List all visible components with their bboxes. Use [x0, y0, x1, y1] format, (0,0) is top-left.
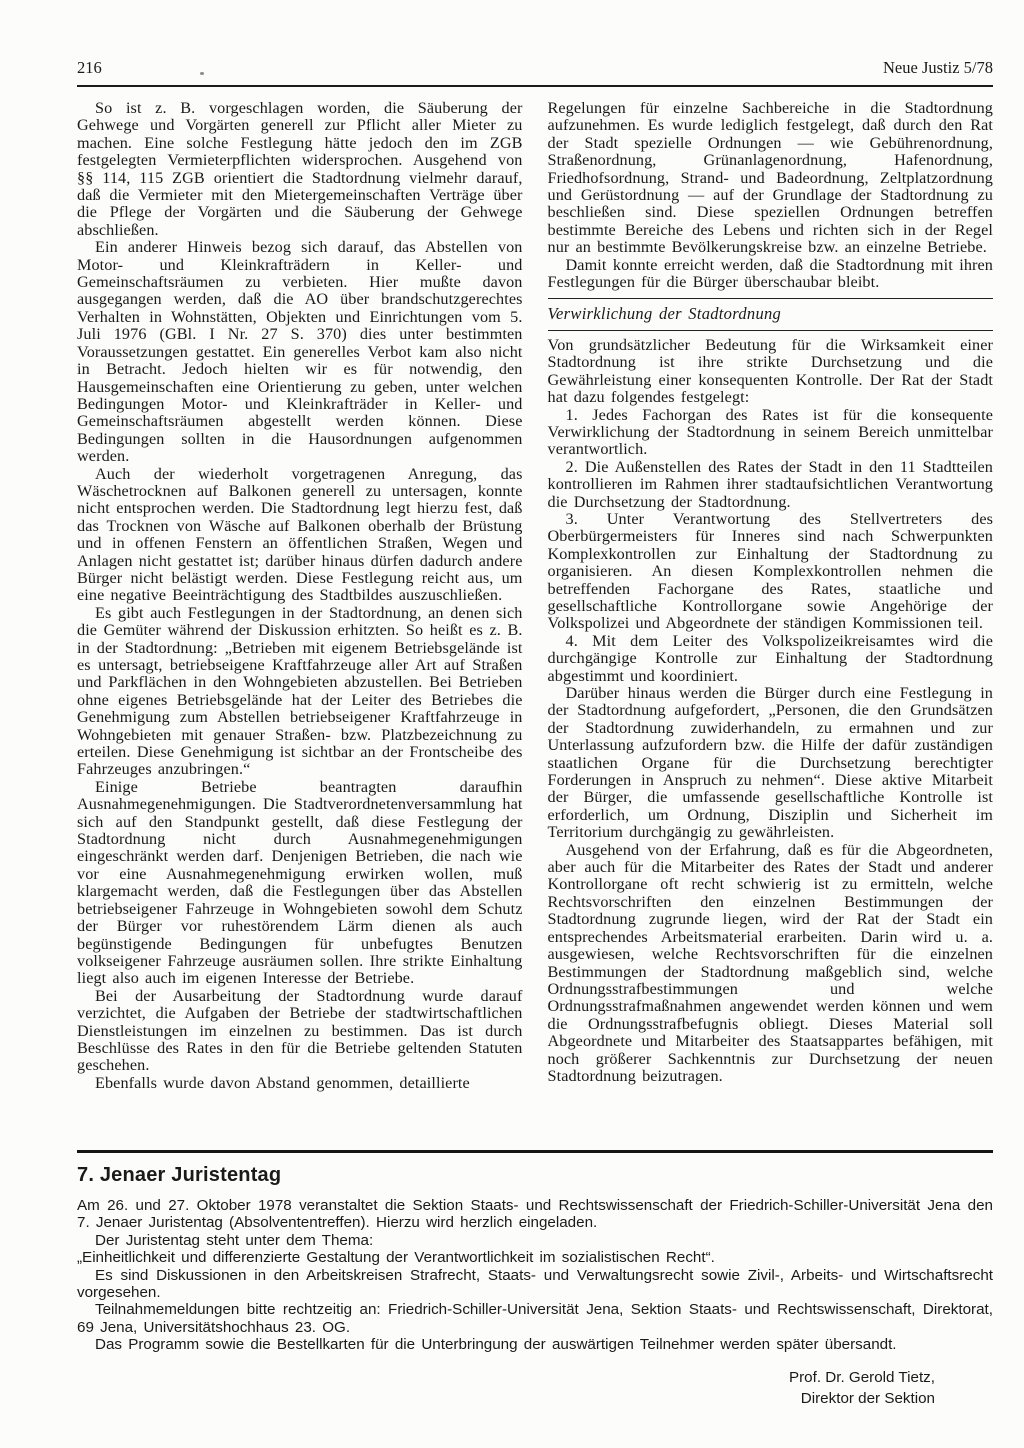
paragraph: 3. Unter Verantwortung des Stellvertrete… [548, 511, 994, 633]
paragraph: Es gibt auch Festlegungen in der Stadtor… [77, 605, 523, 779]
section-divider [548, 330, 994, 331]
paragraph: Teilnahmemeldungen bitte rechtzeitig an:… [77, 1301, 993, 1336]
signature-block: Prof. Dr. Gerold Tietz, Direktor der Sek… [77, 1367, 993, 1409]
subsection-heading: Verwirklichung der Stadtordnung [548, 305, 994, 322]
announcement-body: Am 26. und 27. Oktober 1978 veranstaltet… [77, 1197, 993, 1354]
journal-page: 216 Neue Justiz 5/78 So ist z. B. vorges… [0, 0, 1024, 1448]
signature-name: Prof. Dr. Gerold Tietz, [77, 1367, 935, 1388]
paragraph: Einige Betriebe beantragten daraufhin Au… [77, 779, 523, 988]
signature-title: Direktor der Sektion [77, 1388, 935, 1409]
two-column-body: So ist z. B. vorgeschlagen worden, die S… [77, 100, 993, 1142]
page-number: 216 [77, 58, 102, 78]
page-content: 216 Neue Justiz 5/78 So ist z. B. vorges… [77, 58, 993, 1409]
paragraph: 2. Die Außenstellen des Rates der Stadt … [548, 459, 994, 511]
paragraph: Ebenfalls wurde davon Abstand genommen, … [77, 1075, 523, 1092]
left-column: So ist z. B. vorgeschlagen worden, die S… [77, 100, 523, 1142]
right-column: Regelungen für einzelne Sachbereiche in … [548, 100, 994, 1142]
paragraph: Ein anderer Hinweis bezog sich darauf, d… [77, 239, 523, 465]
paragraph: Auch der wiederholt vorgetragenen Anregu… [77, 466, 523, 605]
paragraph: „Einheitlichkeit und differenzierte Gest… [77, 1249, 993, 1266]
paragraph: Damit konnte erreicht werden, daß die St… [548, 257, 994, 292]
paragraph: Ausgehend von der Erfahrung, daß es für … [548, 842, 994, 1086]
paragraph: Am 26. und 27. Oktober 1978 veranstaltet… [77, 1197, 993, 1232]
journal-title: Neue Justiz 5/78 [883, 58, 993, 78]
paragraph: Es sind Diskussionen in den Arbeitskreis… [77, 1267, 993, 1302]
paragraph: Der Juristentag steht unter dem Thema: [77, 1232, 993, 1249]
section-divider [548, 298, 994, 299]
paragraph: Das Programm sowie die Bestellkarten für… [77, 1336, 993, 1353]
paragraph: Regelungen für einzelne Sachbereiche in … [548, 100, 994, 257]
paragraph: So ist z. B. vorgeschlagen worden, die S… [77, 100, 523, 239]
paragraph: Von grundsätzlicher Bedeutung für die Wi… [548, 337, 994, 407]
paragraph: Bei der Ausarbeitung der Stadtordnung wu… [77, 988, 523, 1075]
announcement-heading: 7. Jenaer Juristentag [77, 1164, 993, 1187]
paragraph: 1. Jedes Fachorgan des Rates ist für die… [548, 407, 994, 459]
page-header: 216 Neue Justiz 5/78 [77, 58, 993, 87]
paragraph: 4. Mit dem Leiter des Volkspolizeikreisa… [548, 633, 994, 685]
bottom-section-divider [77, 1150, 993, 1153]
scan-artifact-dot [200, 72, 204, 75]
paragraph: Darüber hinaus werden die Bürger durch e… [548, 685, 994, 842]
announcement-section: 7. Jenaer Juristentag Am 26. und 27. Okt… [77, 1164, 993, 1409]
